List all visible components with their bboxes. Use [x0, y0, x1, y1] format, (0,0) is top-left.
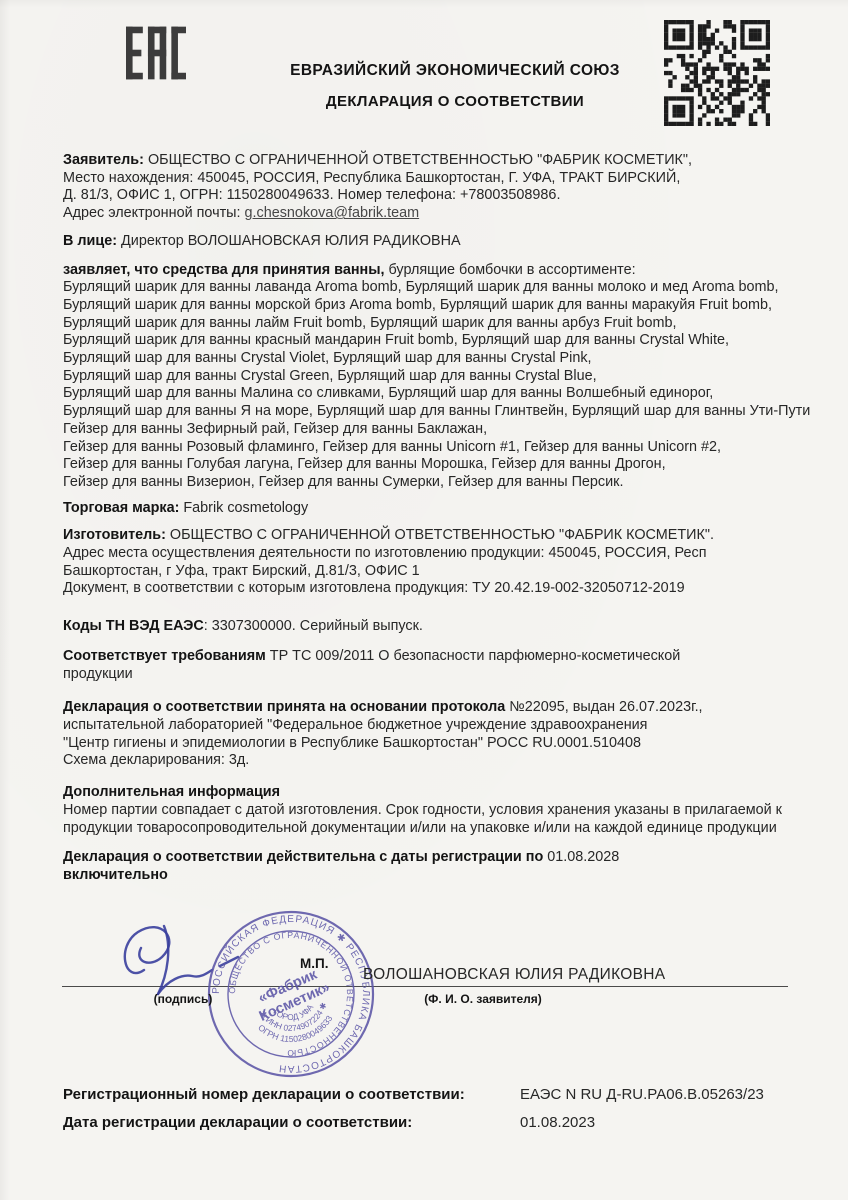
validity-bold2: включительно [63, 867, 168, 883]
basis-line: Схема декларирования: 3д. [63, 752, 799, 770]
representative-paragraph: В лице: Директор ВОЛОШАНОВСКАЯ ЮЛИЯ РАДИ… [63, 233, 799, 251]
document-title: ДЕКЛАРАЦИЯ О СООТВЕТСТВИИ [240, 93, 670, 110]
product-line: Гейзер для ванны Визерион, Гейзер для ва… [63, 474, 799, 492]
applicant-address-line1: Место нахождения: 450045, РОССИЯ, Респуб… [63, 170, 799, 188]
additional-info-paragraph: Дополнительная информация Номер партии с… [63, 784, 799, 837]
applicant-address-line2: Д. 81/3, ОФИС 1, ОГРН: 1150280049633. Но… [63, 187, 799, 205]
additional-info-title: Дополнительная информация [63, 784, 280, 800]
union-title: ЕВРАЗИЙСКИЙ ЭКОНОМИЧЕСКИЙ СОЮЗ [240, 62, 670, 80]
manufacturer-paragraph: Изготовитель: ОБЩЕСТВО С ОГРАНИЧЕННОЙ ОТ… [63, 527, 799, 598]
product-line: Гейзер для ванны Голубая лагуна, Гейзер … [63, 456, 799, 474]
validity-paragraph: Декларация о соответствии действительна … [63, 849, 799, 884]
qr-code-icon [664, 20, 770, 126]
declaration-document-page: ЕВРАЗИЙСКИЙ ЭКОНОМИЧЕСКИЙ СОЮЗ ДЕКЛАРАЦИ… [0, 0, 848, 1200]
codes-paragraph: Коды ТН ВЭД ЕАЭС: 3307300000. Серийный в… [63, 618, 799, 636]
products-paragraph: заявляет, что средства для принятия ванн… [63, 262, 799, 492]
registration-date-row: Дата регистрации декларации о соответств… [63, 1114, 799, 1131]
registration-number-label: Регистрационный номер декларации о соотв… [63, 1086, 520, 1103]
email-link[interactable]: g.chesnokova@fabrik.team [245, 205, 420, 221]
product-line: Бурлящий шар для ванны Я на море, Бурлящ… [63, 403, 799, 421]
declaration-intro-bold: заявляет, что средства для принятия ванн… [63, 262, 385, 278]
product-line: Бурлящий шар для ванны Малина со сливкам… [63, 385, 799, 403]
product-line: Бурлящий шар для ванны Crystal Green, Бу… [63, 368, 799, 386]
manufacturer-lines: Адрес места осуществления деятельности п… [63, 545, 799, 598]
basis-lines: испытательной лабораторией "Федеральное … [63, 717, 799, 770]
manufacturer-name: ОБЩЕСТВО С ОГРАНИЧЕННОЙ ОТВЕТСТВЕННОСТЬЮ… [166, 527, 714, 543]
codes-label: Коды ТН ВЭД ЕАЭС [63, 618, 204, 634]
document-body: Заявитель: ОБЩЕСТВО С ОГРАНИЧЕННОЙ ОТВЕТ… [63, 152, 799, 885]
basis-paragraph: Декларация о соответствии принята на осн… [63, 699, 799, 770]
trademark-label: Торговая марка: [63, 500, 179, 516]
additional-info-line: Номер партии совпадает с датой изготовле… [63, 802, 799, 820]
eac-logo [126, 26, 186, 80]
product-line: Бурлящий шар для ванны Crystal Violet, Б… [63, 350, 799, 368]
product-line: Бурлящий шарик для ванны морской бриз Ar… [63, 297, 799, 315]
codes-value: : 3307300000. Серийный выпуск. [204, 618, 423, 634]
document-header: ЕВРАЗИЙСКИЙ ЭКОНОМИЧЕСКИЙ СОЮЗ ДЕКЛАРАЦИ… [240, 62, 670, 110]
product-line: Бурлящий шарик для ванны лаванда Aroma b… [63, 279, 799, 297]
registration-block: Регистрационный номер декларации о соотв… [63, 1086, 799, 1142]
product-line: Бурлящий шарик для ванны красный мандари… [63, 332, 799, 350]
registration-number-value: ЕАЭС N RU Д-RU.РА06.В.05263/23 [520, 1086, 764, 1103]
fio-caption: (Ф. И. О. заявителя) [373, 992, 593, 1006]
stamp-place-label: М.П. [300, 956, 328, 971]
signature-caption: (подпись) [128, 992, 238, 1006]
basis-line: "Центр гигиены и эпидемиологии в Республ… [63, 735, 799, 753]
representative-label: В лице: [63, 233, 117, 249]
applicant-name: ОБЩЕСТВО С ОГРАНИЧЕННОЙ ОТВЕТСТВЕННОСТЬЮ… [144, 152, 692, 168]
additional-info-line: продукции товаросопроводительной докумен… [63, 820, 799, 838]
trademark-value: Fabrik cosmetology [179, 500, 308, 516]
product-line: Бурлящий шарик для ванны лайм Fruit bomb… [63, 315, 799, 333]
compliance-value: ТР ТС 009/2011 О безопасности парфюмерно… [266, 648, 681, 664]
validity-date: 01.08.2028 [543, 849, 619, 865]
manufacturer-line: Башкортостан, г Уфа, тракт Бирский, Д.81… [63, 563, 799, 581]
compliance-paragraph: Соответствует требованиям ТР ТС 009/2011… [63, 648, 799, 683]
trademark-paragraph: Торговая марка: Fabrik cosmetology [63, 500, 799, 518]
applicant-label: Заявитель: [63, 152, 144, 168]
validity-bold: Декларация о соответствии действительна … [63, 849, 543, 865]
basis-label: Декларация о соответствии принята на осн… [63, 699, 505, 715]
declaration-intro-rest: бурлящие бомбочки в ассортименте: [385, 262, 636, 278]
representative-name: Директор ВОЛОШАНОВСКАЯ ЮЛИЯ РАДИКОВНА [117, 233, 461, 249]
compliance-label: Соответствует требованиям [63, 648, 266, 664]
product-line: Гейзер для ванны Розовый фламинго, Гейзе… [63, 439, 799, 457]
basis-line: испытательной лабораторией "Федеральное … [63, 717, 799, 735]
manufacturer-label: Изготовитель: [63, 527, 166, 543]
additional-info-text: Номер партии совпадает с датой изготовле… [63, 802, 799, 837]
manufacturer-line: Адрес места осуществления деятельности п… [63, 545, 799, 563]
email-label: Адрес электронной почты: [63, 205, 245, 221]
registration-date-value: 01.08.2023 [520, 1114, 595, 1131]
registration-date-label: Дата регистрации декларации о соответств… [63, 1114, 520, 1131]
manufacturer-line: Документ, в соответствии с которым изгот… [63, 580, 799, 598]
applicant-fio: ВОЛОШАНОВСКАЯ ЮЛИЯ РАДИКОВНА [363, 966, 665, 984]
product-line: Гейзер для ванны Зефирный рай, Гейзер дл… [63, 421, 799, 439]
applicant-paragraph: Заявитель: ОБЩЕСТВО С ОГРАНИЧЕННОЙ ОТВЕТ… [63, 152, 799, 223]
compliance-value-line2: продукции [63, 666, 799, 684]
registration-number-row: Регистрационный номер декларации о соотв… [63, 1086, 799, 1103]
product-list: Бурлящий шарик для ванны лаванда Aroma b… [63, 279, 799, 491]
basis-protocol: №22095, выдан 26.07.2023г., [505, 699, 702, 715]
